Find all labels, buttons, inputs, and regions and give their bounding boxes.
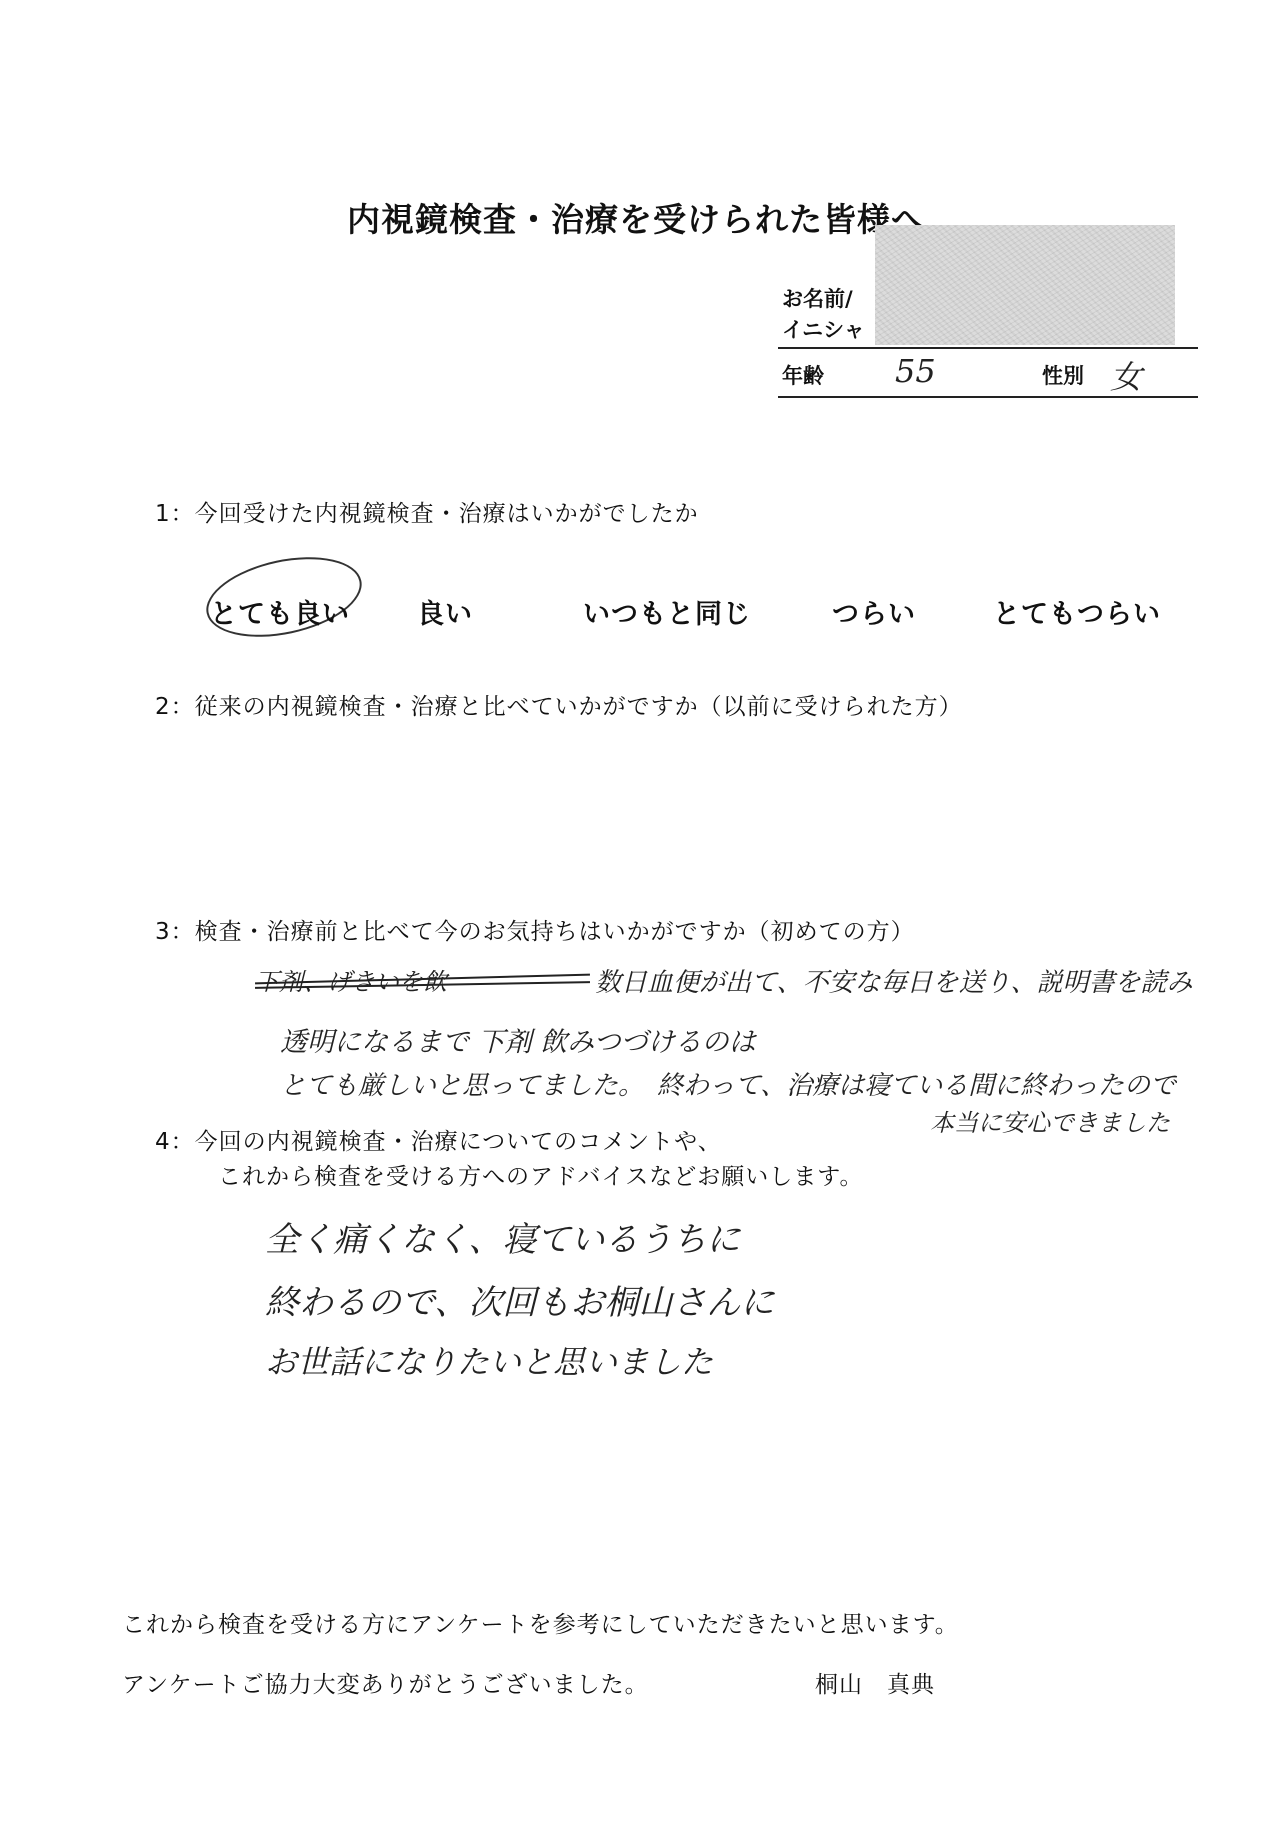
q1-option-hard[interactable]: つらい [832, 592, 916, 631]
q1-option-very-hard[interactable]: とてもつらい [993, 592, 1161, 631]
signature: 桐山 真典 [815, 1666, 935, 1699]
question-4-label-line-2: これから検査を受ける方へのアドバイスなどお願いします。 [218, 1158, 863, 1191]
q1-option-good[interactable]: 良い [417, 592, 473, 631]
q3-answer-line-3: とても厳しいと思ってました。 終わって、治療は寝ている間に終わったので [280, 1065, 1176, 1102]
gender-label: 性別 [1042, 360, 1084, 390]
q4-answer-line-2: 終わるので、次回もお桐山さんに [265, 1275, 774, 1324]
footer-line-1: これから検査を受ける方にアンケートを参考にしていただきたいと思います。 [122, 1606, 959, 1639]
q1-option-very-good[interactable]: とても良い [210, 592, 350, 631]
age-value: 55 [895, 352, 936, 390]
question-2-label: 2：従来の内視鏡検査・治療と比べていかがですか（以前に受けられた方） [155, 688, 963, 721]
q3-answer-line-1: 数日血便が出て、不安な毎日を送り、説明書を読み [595, 962, 1192, 999]
gender-value: 女 [1110, 352, 1142, 398]
age-label: 年齢 [782, 360, 824, 390]
q1-option-same[interactable]: いつもと同じ [583, 592, 751, 631]
q4-answer-line-1: 全く痛くなく、寝ているうちに [265, 1212, 740, 1261]
question-1-label: 1：今回受けた内視鏡検査・治療はいかがでしたか [155, 495, 699, 528]
initials-label: イニシャ [782, 314, 865, 344]
footer-line-2: アンケートご協力大変ありがとうございました。 [122, 1666, 649, 1699]
q3-answer-line-2: 透明になるまで 下剤 飲みつづけるのは [280, 1020, 756, 1059]
divider-name [778, 347, 1198, 349]
name-redaction [875, 225, 1175, 345]
q3-answer-line-4: 本当に安心できました [930, 1103, 1170, 1138]
divider-age [778, 396, 1198, 398]
q4-answer-line-3: お世話になりたいと思いました [265, 1337, 713, 1383]
question-4-label-line-1: 4：今回の内視鏡検査・治療についてのコメントや、 [155, 1123, 722, 1156]
page-title: 内視鏡検査・治療を受けられた皆様へ [347, 194, 925, 241]
question-3-label: 3：検査・治療前と比べて今のお気持ちはいかがですか（初めての方） [155, 913, 915, 946]
name-label: お名前/ [782, 283, 853, 313]
